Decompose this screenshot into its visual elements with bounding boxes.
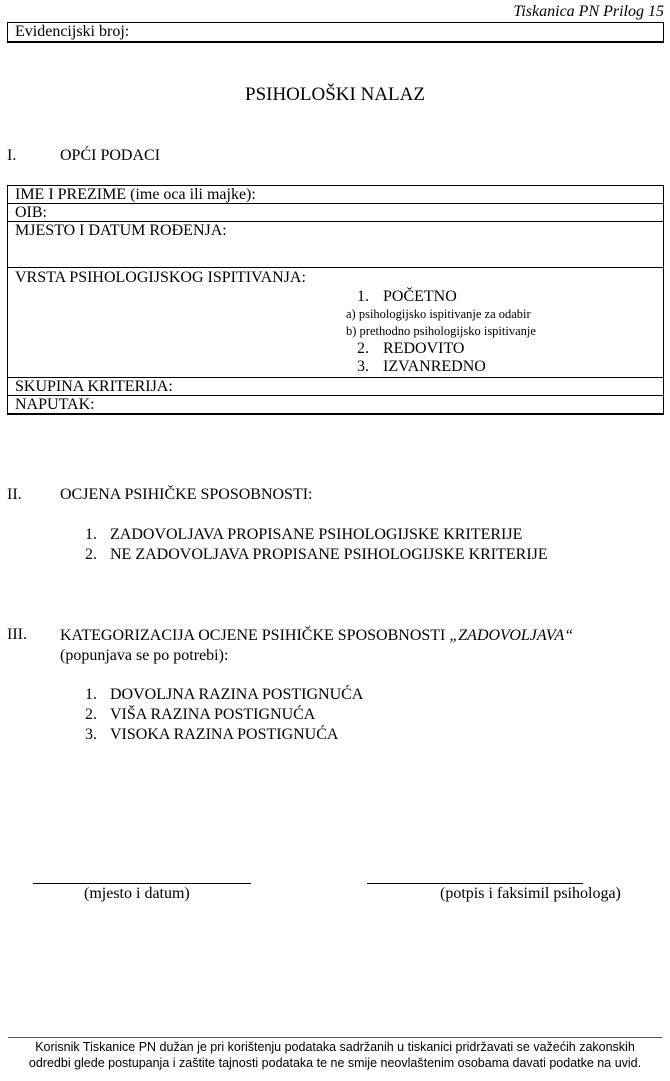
exam-type-option[interactable]: 3.IZVANREDNO bbox=[346, 358, 663, 376]
section-3-title: KATEGORIZACIJA OCJENE PSIHIČKE SPOSOBNOS… bbox=[60, 626, 573, 666]
option-label: REDOVITO bbox=[383, 340, 464, 357]
general-data-table: IME I PREZIME (ime oca ili majke): OIB: … bbox=[7, 185, 664, 415]
category-option[interactable]: 3.VISOKA RAZINA POSTIGNUĆA bbox=[85, 725, 363, 745]
section-3-title-quote: „ZADOVOLJAVA“ bbox=[449, 627, 573, 644]
exam-type-options: 1.POČETNO a) psihologijsko ispitivanje z… bbox=[346, 288, 663, 376]
place-date-label: (mjesto i datum) bbox=[84, 885, 190, 903]
option-number: 2. bbox=[85, 545, 110, 565]
category-options: 1.DOVOLJNA RAZINA POSTIGNUĆA 2.VIŠA RAZI… bbox=[85, 685, 363, 745]
record-number-field[interactable]: Evidencijski broj: bbox=[7, 22, 664, 43]
footer-notice-line: odredbi glede postupanja i zaštite tajno… bbox=[0, 1055, 670, 1071]
exam-subtype-option[interactable]: b) prethodno psihologijsko ispitivanje bbox=[346, 323, 663, 340]
assessment-option[interactable]: 2.NE ZADOVOLJAVA PROPISANE PSIHOLOGIJSKE… bbox=[85, 545, 548, 565]
option-number: 2. bbox=[357, 340, 383, 358]
exam-type-option[interactable]: 1.POČETNO bbox=[346, 288, 663, 306]
option-label: IZVANREDNO bbox=[383, 358, 486, 375]
option-number: 1. bbox=[85, 525, 110, 545]
exam-type-option[interactable]: 2.REDOVITO bbox=[346, 340, 663, 358]
exam-type-field[interactable]: VRSTA PSIHOLOGIJSKOG ISPITIVANJA: 1.POČE… bbox=[8, 268, 664, 378]
form-reference: Tiskanica PN Prilog 15 bbox=[513, 3, 664, 21]
referral-field[interactable]: NAPUTAK: bbox=[8, 396, 664, 415]
option-label: ZADOVOLJAVA PROPISANE PSIHOLOGIJSKE KRIT… bbox=[110, 526, 522, 543]
category-option[interactable]: 2.VIŠA RAZINA POSTIGNUĆA bbox=[85, 705, 363, 725]
section-3-subtitle: (popunjava se po potrebi): bbox=[60, 647, 228, 664]
option-label: DOVOLJNA RAZINA POSTIGNUĆA bbox=[110, 686, 363, 703]
option-number: 1. bbox=[357, 288, 383, 306]
psychologist-signature-label: (potpis i faksimil psihologa) bbox=[440, 885, 621, 903]
option-label: VIŠA RAZINA POSTIGNUĆA bbox=[110, 706, 315, 723]
psychologist-signature-line[interactable] bbox=[367, 883, 583, 884]
footer-divider bbox=[8, 1037, 662, 1038]
category-option[interactable]: 1.DOVOLJNA RAZINA POSTIGNUĆA bbox=[85, 685, 363, 705]
oib-field[interactable]: OIB: bbox=[8, 204, 664, 222]
section-1-title: OPĆI PODACI bbox=[60, 147, 160, 165]
section-2-number: II. bbox=[7, 486, 22, 504]
section-1-number: I. bbox=[7, 147, 16, 165]
assessment-options: 1.ZADOVOLJAVA PROPISANE PSIHOLOGIJSKE KR… bbox=[85, 525, 548, 565]
oib-label: OIB: bbox=[15, 204, 47, 221]
section-3-number: III. bbox=[7, 626, 27, 644]
place-date-signature-line[interactable] bbox=[33, 883, 251, 884]
option-label: VISOKA RAZINA POSTIGNUĆA bbox=[110, 726, 338, 743]
footer-notice: Korisnik Tiskanice PN dužan je pri koriš… bbox=[0, 1039, 670, 1071]
exam-subtype-option[interactable]: a) psihologijsko ispitivanje za odabir bbox=[346, 306, 663, 323]
birth-field[interactable]: MJESTO I DATUM ROĐENJA: bbox=[8, 222, 664, 268]
section-2-title: OCJENA PSIHIČKE SPOSOBNOSTI: bbox=[60, 486, 313, 504]
option-label: POČETNO bbox=[383, 288, 457, 305]
option-number: 2. bbox=[85, 705, 110, 725]
criteria-group-field[interactable]: SKUPINA KRITERIJA: bbox=[8, 378, 664, 396]
footer-notice-line: Korisnik Tiskanice PN dužan je pri koriš… bbox=[0, 1039, 670, 1055]
record-number-label: Evidencijski broj: bbox=[15, 23, 129, 40]
section-3-title-text: KATEGORIZACIJA OCJENE PSIHIČKE SPOSOBNOS… bbox=[60, 627, 449, 644]
option-label: NE ZADOVOLJAVA PROPISANE PSIHOLOGIJSKE K… bbox=[110, 546, 548, 563]
option-number: 3. bbox=[357, 358, 383, 376]
name-field[interactable]: IME I PREZIME (ime oca ili majke): bbox=[8, 186, 664, 204]
name-label: IME I PREZIME (ime oca ili majke): bbox=[15, 186, 256, 203]
birth-label: MJESTO I DATUM ROĐENJA: bbox=[15, 222, 227, 239]
option-number: 3. bbox=[85, 725, 110, 745]
option-number: 1. bbox=[85, 685, 110, 705]
referral-label: NAPUTAK: bbox=[15, 396, 95, 413]
page-title: PSIHOLOŠKI NALAZ bbox=[0, 84, 670, 106]
exam-type-label: VRSTA PSIHOLOGIJSKOG ISPITIVANJA: bbox=[15, 269, 663, 286]
assessment-option[interactable]: 1.ZADOVOLJAVA PROPISANE PSIHOLOGIJSKE KR… bbox=[85, 525, 548, 545]
criteria-group-label: SKUPINA KRITERIJA: bbox=[15, 378, 173, 395]
